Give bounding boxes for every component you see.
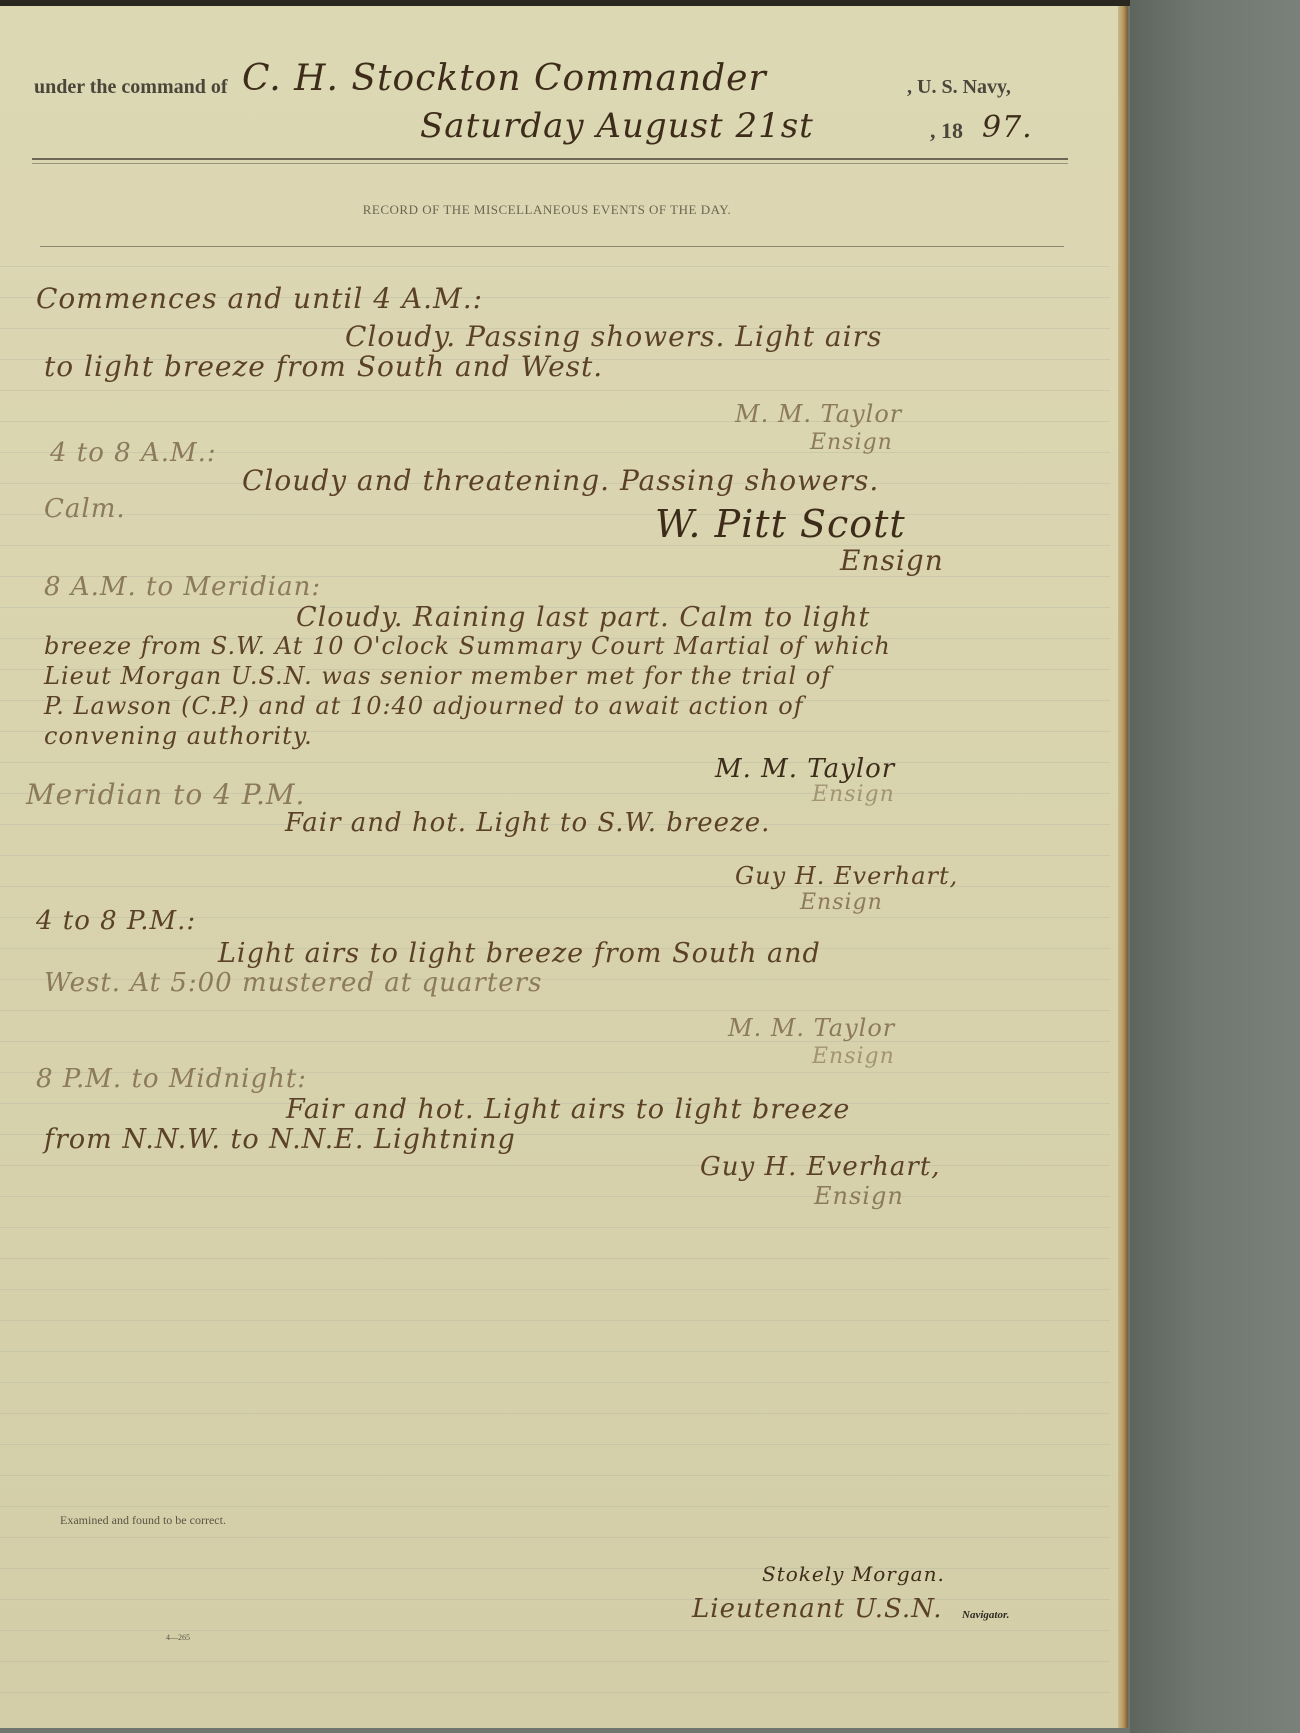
navigator-signature: Stokely Morgan. <box>762 1562 945 1586</box>
entry-line: West. At 5:00 mustered at quarters <box>44 968 542 998</box>
signature: W. Pitt Scott <box>655 502 906 546</box>
entry-line: breeze from S.W. At 10 O'clock Summary C… <box>44 632 891 660</box>
signature: M. M. Taylor <box>735 400 902 428</box>
commander-name: C. H. Stockton Commander <box>242 58 767 99</box>
signature: Guy H. Everhart, <box>700 1152 941 1182</box>
entry-line: Fair and hot. Light airs to light breeze <box>286 1094 850 1125</box>
watch-label: 4 to 8 P.M.: <box>36 906 196 936</box>
rank: Ensign <box>812 782 895 807</box>
rank: Ensign <box>840 544 944 577</box>
rank: Ensign <box>800 890 883 915</box>
signature: M. M. Taylor <box>728 1014 895 1042</box>
rank: Ensign <box>814 1182 904 1210</box>
form-number: 4—265 <box>166 1633 190 1642</box>
year-suffix: 97. <box>982 110 1033 145</box>
entry-line: Calm. <box>44 494 126 524</box>
command-label: under the command of <box>34 76 228 99</box>
navy-label: , U. S. Navy, <box>907 76 1011 99</box>
entry-line: convening authority. <box>44 722 313 750</box>
navigator-rank: Lieutenant U.S.N. <box>692 1594 943 1624</box>
entry-line: Cloudy. Passing showers. Light airs <box>345 320 882 353</box>
header-rule-thin <box>32 163 1068 164</box>
signature: Guy H. Everhart, <box>735 862 958 890</box>
book-cover-background <box>1130 0 1300 1733</box>
watch-label: 8 P.M. to Midnight: <box>36 1064 307 1094</box>
section-title: RECORD OF THE MISCELLANEOUS EVENTS OF TH… <box>0 202 1094 218</box>
log-page: under the command of C. H. Stockton Comm… <box>0 6 1128 1728</box>
entry-line: Fair and hot. Light to S.W. breeze. <box>285 808 770 838</box>
page-edge <box>1118 6 1128 1728</box>
section-rule <box>40 246 1064 247</box>
rank: Ensign <box>810 430 893 455</box>
entry-line: Cloudy. Raining last part. Calm to light <box>296 602 870 633</box>
entry-line: Lieut Morgan U.S.N. was senior member me… <box>44 662 831 690</box>
examined-note: Examined and found to be correct. <box>60 1513 226 1528</box>
rank: Ensign <box>812 1044 895 1069</box>
signature: M. M. Taylor <box>715 754 895 784</box>
navigator-label: Navigator. <box>962 1609 1009 1621</box>
header-rule <box>32 158 1068 160</box>
watch-label: 4 to 8 A.M.: <box>50 438 217 468</box>
watch-label: 8 A.M. to Meridian: <box>44 572 321 602</box>
log-date: Saturday August 21st <box>420 106 814 146</box>
entry-line: Cloudy and threatening. Passing showers. <box>242 464 879 497</box>
watch-label: Commences and until 4 A.M.: <box>36 282 483 315</box>
year-prefix: , 18 <box>930 118 963 144</box>
entry-line: P. Lawson (C.P.) and at 10:40 adjourned … <box>44 692 804 720</box>
watch-label: Meridian to 4 P.M. <box>26 778 305 811</box>
entry-line: to light breeze from South and West. <box>44 350 603 383</box>
entry-line: Light airs to light breeze from South an… <box>218 938 821 969</box>
entry-line: from N.N.W. to N.N.E. Lightning <box>44 1124 516 1155</box>
